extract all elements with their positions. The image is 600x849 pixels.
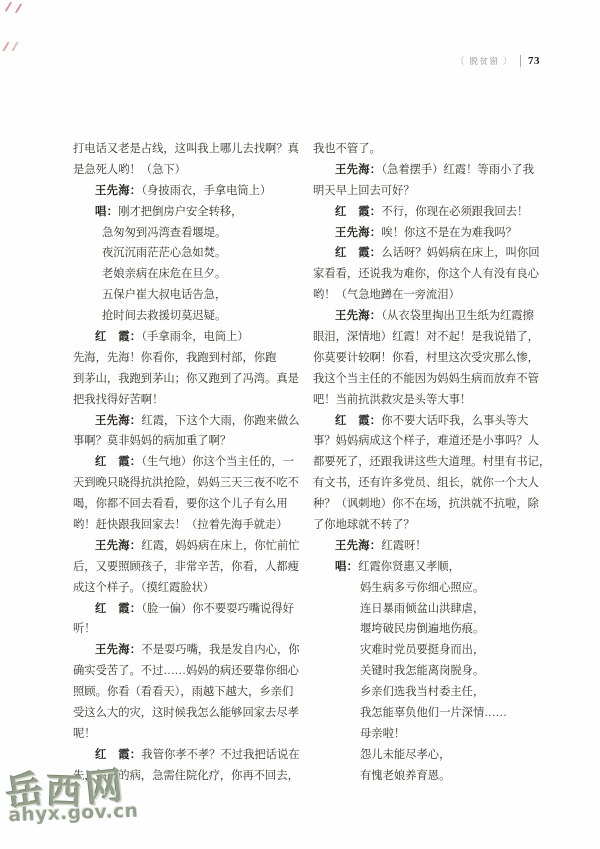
- script-line: 事？妈妈病成这个样子，难道还是小事吗？人: [313, 431, 540, 452]
- script-line: 王先海：红霞，下这个大雨，你跑来做么: [73, 411, 300, 432]
- script-line: 家看看，还说我为难你，你这个人有没有良心: [313, 264, 540, 285]
- left-column: 打电话又老是占线，这叫我上哪儿去找啊？真是急死人哟！（急下）王先海：（身披雨衣，…: [73, 139, 300, 787]
- script-line: 红 霞：（生气地）你这个当主任的，一: [73, 452, 300, 473]
- script-line: 妈生病多亏你细心照应。: [313, 578, 540, 599]
- site-logo: 岳西网: [5, 768, 138, 810]
- script-line: 红 霞：我管你孝不孝？不过我把话说在: [73, 745, 300, 766]
- script-line: 你莫要计较啊！你看，村里这次受灾那么惨，: [313, 348, 540, 369]
- speaker-name: 王先海：: [95, 415, 141, 427]
- speaker-name: 红 霞：: [95, 749, 141, 761]
- site-watermark: 岳西网 ahyx.gov.cn: [5, 768, 139, 827]
- script-line: 照顾。你看（看看天），雨越下越大，乡亲们: [73, 682, 300, 703]
- script-line: 有文书，还有许多党员、组长，就你一个大人: [313, 473, 540, 494]
- speaker-name: 红 霞：: [335, 415, 381, 427]
- speaker-name: 王先海：: [95, 644, 141, 656]
- script-line: 是急死人哟！（急下）: [73, 160, 300, 181]
- script-line: 王先海：唉！你这不是在为难我吗？: [313, 223, 540, 244]
- script-line: 红 霞：么话呀？妈妈病在床上，叫你回: [313, 243, 540, 264]
- speaker-name: 唱：: [95, 206, 118, 218]
- script-line: 急匆匆到冯湾查看堰堤。: [73, 223, 300, 244]
- script-line: 眼泪，深情地）红霞！对不起！是我说错了，: [313, 327, 540, 348]
- script-line: 有愧老娘养育恩。: [313, 766, 540, 787]
- document-page: 〔 脱贫窗 〕 73 打电话又老是占线，这叫我上哪儿去找啊？真是急死人哟！（急下…: [0, 0, 600, 849]
- script-line: 呢！: [73, 724, 300, 745]
- script-line: 到茅山，我跑到茅山；你又跑到了冯湾。真是: [73, 369, 300, 390]
- script-line: 种？（讽刺地）你不在场，抗洪就不抗啦，除: [313, 494, 540, 515]
- site-logo-char: 岳: [3, 770, 48, 813]
- page-header: 〔 脱贫窗 〕 73: [456, 55, 540, 67]
- page-number: 73: [528, 55, 540, 67]
- script-line: 我怎能辜负他们一片深情……: [313, 703, 540, 724]
- red-pen-mark-icon: [2, 42, 18, 51]
- script-line: 五保户崔大叔电话告急，: [73, 285, 300, 306]
- script-line: 明天早上回去可好？: [313, 181, 540, 202]
- script-line: 我这个当主任的不能因为妈妈生病而放弃不管: [313, 369, 540, 390]
- script-line: 红 霞：（脸一偏）你不要耍巧嘴说得好: [73, 599, 300, 620]
- header-divider: [520, 55, 521, 67]
- script-line: 乡亲们选我当村委主任，: [313, 682, 540, 703]
- script-line: 天到晚只晓得抗洪抢险，妈妈三天三夜不吃不: [73, 473, 300, 494]
- script-line: 哟！赶快跟我回家去！（拉着先海手就走）: [73, 515, 300, 536]
- script-line: 唱：刚才把倒房户安全转移，: [73, 202, 300, 223]
- speaker-name: 王先海：: [335, 540, 381, 552]
- speaker-name: 王先海：: [335, 164, 381, 176]
- script-line: 成这个样子。（摸红霞脸状）: [73, 578, 300, 599]
- speaker-name: 王先海：: [95, 540, 141, 552]
- right-column: 我也不管了。王先海：（急着摆手）红霞！等雨小了我明天早上回去可好？红 霞：不行，…: [313, 139, 540, 787]
- script-line: 王先海：不是耍巧嘴，我是发自内心，你: [73, 640, 300, 661]
- script-line: 吧！当前抗洪救灾是头等大事！: [313, 390, 540, 411]
- script-line: 先海，先海！你看你，我跑到村部，你跑: [73, 348, 300, 369]
- red-pen-mark-icon: [5, 2, 22, 13]
- speaker-name: 王先海：: [335, 227, 381, 239]
- script-line: 唱：红霞你贤惠又孝顺，: [313, 557, 540, 578]
- speaker-name: 红 霞：: [95, 603, 141, 615]
- script-line: 喝，你都不回去看看，要你这个儿子有么用: [73, 494, 300, 515]
- script-line: 抢时间去救援切莫迟疑。: [73, 306, 300, 327]
- script-line: 了你地球就不转了？: [313, 515, 540, 536]
- script-line: 哟！（气急地蹲在一旁流泪）: [313, 285, 540, 306]
- script-line: 母亲啦！: [313, 724, 540, 745]
- script-line: 王先海：红霞呀！: [313, 536, 540, 557]
- script-line: 堰垮破民房倒遍地伤痕。: [313, 619, 540, 640]
- script-line: 王先海：（身披雨衣，手拿电筒上）: [73, 181, 300, 202]
- script-line: 我也不管了。: [313, 139, 540, 160]
- script-line: 王先海：（急着摆手）红霞！等雨小了我: [313, 160, 540, 181]
- script-line: 老娘亲病在床危在旦夕。: [73, 264, 300, 285]
- script-line: 打电话又老是占线，这叫我上哪儿去找啊？真: [73, 139, 300, 160]
- script-line: 灾难时党员要挺身而出，: [313, 640, 540, 661]
- speaker-name: 红 霞：: [335, 206, 381, 218]
- speaker-name: 王先海：: [95, 185, 141, 197]
- script-line: 都要死了，还跟我讲这些大道理。村里有书记，: [313, 452, 540, 473]
- site-logo-char: 网: [84, 767, 128, 808]
- script-text: 打电话又老是占线，这叫我上哪儿去找啊？真是急死人哟！（急下）王先海：（身披雨衣，…: [73, 139, 541, 787]
- script-line: 把我找得好苦啊！: [73, 390, 300, 411]
- script-line: 事啊？莫非妈妈的病加重了啊？: [73, 431, 300, 452]
- script-line: 后，又要照顾孩子，非常辛苦，你看，人都瘦: [73, 557, 300, 578]
- speaker-name: 王先海：: [335, 310, 381, 322]
- site-logo-char: 西: [46, 773, 86, 810]
- script-line: 红 霞：你不要大话吓我，么事头等大: [313, 411, 540, 432]
- script-line: 关键时我怎能离岗脱身。: [313, 661, 540, 682]
- column-label: 〔 脱贫窗 〕: [456, 55, 513, 67]
- speaker-name: 唱：: [335, 561, 358, 573]
- script-line: 红 霞：不行，你现在必须跟我回去！: [313, 202, 540, 223]
- script-line: 受这么大的灾，这时候我怎么能够回家去尽孝: [73, 703, 300, 724]
- speaker-name: 红 霞：: [95, 331, 141, 343]
- script-line: 夜沉沉雨茫茫心急如焚。: [73, 243, 300, 264]
- speaker-name: 红 霞：: [335, 247, 381, 259]
- script-line: 连日暴雨倾盆山洪肆虐，: [313, 599, 540, 620]
- speaker-name: 红 霞：: [95, 456, 141, 468]
- script-line: 王先海：（从衣袋里掏出卫生纸为红霞擦: [313, 306, 540, 327]
- script-line: 确实受苦了。不过……妈妈的病还要靠你细心: [73, 661, 300, 682]
- script-line: 红 霞：（手拿雨伞，电筒上）: [73, 327, 300, 348]
- script-line: 王先海：红霞，妈妈病在床上，你忙前忙: [73, 536, 300, 557]
- script-line: 怨儿未能尽孝心，: [313, 745, 540, 766]
- script-line: 听！: [73, 619, 300, 640]
